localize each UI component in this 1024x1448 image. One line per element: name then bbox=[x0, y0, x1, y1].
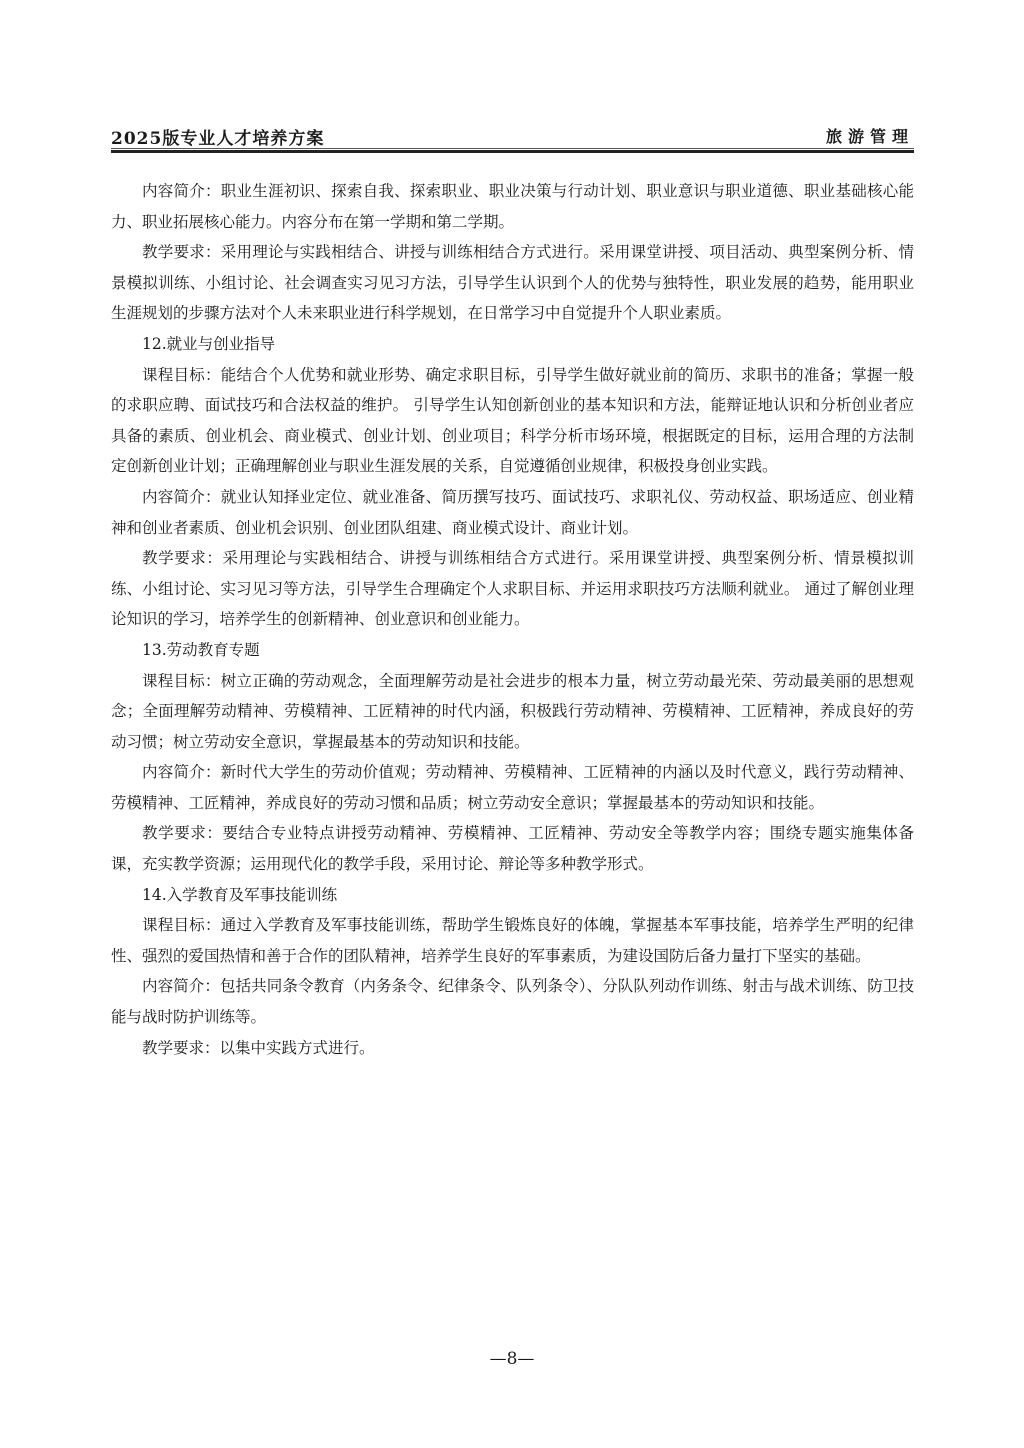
page-number: —8— bbox=[0, 1349, 1024, 1369]
course-12-requirements: 教学要求：采用理论与实践相结合、讲授与训练相结合方式进行。采用课堂讲授、典型案例… bbox=[111, 543, 914, 635]
course-14-goal: 课程目标：通过入学教育及军事技能训练，帮助学生锻炼良好的体魄，掌握基本军事技能，… bbox=[111, 910, 914, 971]
course-13-content: 内容简介：新时代大学生的劳动价值观；劳动精神、劳模精神、工匠精神的内涵以及时代意… bbox=[111, 757, 914, 818]
course-13-title: 13.劳动教育专题 bbox=[111, 635, 914, 666]
major-name: 旅游管理 bbox=[826, 124, 914, 147]
course-12-content: 内容简介：就业认知择业定位、就业准备、简历撰写技巧、面试技巧、求职礼仪、劳动权益… bbox=[111, 482, 914, 543]
course-14-content: 内容简介：包括共同条令教育（内务条令、纪律条令、队列条令）、分队队列动作训练、射… bbox=[111, 971, 914, 1032]
course-14-title: 14.入学教育及军事技能训练 bbox=[111, 880, 914, 911]
course-12-goal: 课程目标：能结合个人优势和就业形势、确定求职目标，引导学生做好就业前的简历、求职… bbox=[111, 360, 914, 482]
course-11-requirements: 教学要求：采用理论与实践相结合、讲授与训练相结合方式进行。采用课堂讲授、项目活动… bbox=[111, 237, 914, 329]
page-body: 内容简介：职业生涯初识、探索自我、探索职业、职业决策与行动计划、职业意识与职业道… bbox=[111, 176, 914, 1063]
header-rule-thin bbox=[111, 148, 914, 149]
course-12-title: 12.就业与创业指导 bbox=[111, 329, 914, 360]
course-13-requirements: 教学要求：要结合专业特点讲授劳动精神、劳模精神、工匠精神、劳动安全等教学内容；围… bbox=[111, 818, 914, 879]
course-14-requirements: 教学要求：以集中实践方式进行。 bbox=[111, 1033, 914, 1064]
page-header: 2025版专业人才培养方案 旅游管理 bbox=[111, 124, 914, 148]
header-rule-thick bbox=[111, 150, 914, 153]
course-11-content: 内容简介：职业生涯初识、探索自我、探索职业、职业决策与行动计划、职业意识与职业道… bbox=[111, 176, 914, 237]
document-title: 2025版专业人才培养方案 bbox=[111, 124, 324, 149]
course-13-goal: 课程目标：树立正确的劳动观念，全面理解劳动是社会进步的根本力量，树立劳动最光荣、… bbox=[111, 666, 914, 758]
